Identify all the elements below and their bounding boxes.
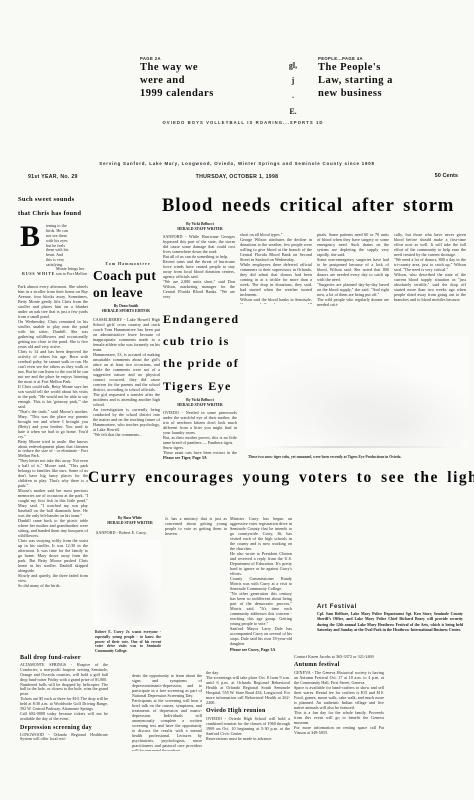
blood-story-headline: Blood needs critical after storm	[162, 196, 454, 217]
masthead-price: 50 Cents	[435, 173, 458, 179]
briefs-col-c: the day. The screenings will take place …	[206, 670, 290, 755]
brief-ball-drop-text: ALTAMONTE SPRINGS - Hospice of the Comfo…	[20, 663, 108, 722]
curry-story-col2: Jr. has a ministry that is just as conce…	[165, 516, 227, 552]
blood-story-col1: SANFORD - While Hurricane Georges bypass…	[163, 234, 235, 304]
briefs-col-a: Ball drop fund-raiser ALTAMONTE SPRINGS …	[20, 652, 108, 752]
photo-credit: RUSS WHITE	[22, 271, 55, 276]
coach-story-byline: By Dean Smith HERALD SPORTS EDITOR	[93, 304, 159, 314]
brief-reunion-header: Oviedo High reunion	[206, 708, 290, 714]
briefs-col-b: dents the opportunity to learn about the…	[132, 673, 202, 751]
chris-story-body: Park almost every afternoon. She wheels …	[18, 284, 88, 646]
brief-autumn-header: Autumn festival	[294, 662, 384, 668]
blood-story-col3: pitals. Some patients need 60 or 70 unit…	[317, 232, 389, 332]
masthead-serving-line: Serving Sanford, Lake Mary, Longwood, Ov…	[0, 161, 474, 166]
brief-depression-header: Depression screening day	[20, 725, 108, 731]
blood-story-col2: short on all blood types." George Wilson…	[240, 232, 312, 304]
curry-photo-caption: Robert E. Curry Jr. wants everyone - esp…	[95, 630, 161, 654]
teaser-right: PEOPLE...PAGE 4A The People's Law, start…	[318, 56, 428, 101]
blood-story-byline: By Vicki Bellucci HERALD STAFF WRITER	[163, 222, 237, 232]
briefs-col-d: Contact Karen Jacobs at 365-3372 or 321-…	[294, 654, 384, 754]
chris-story-leadin: Monte brings her son to Fort Mellon	[56, 267, 88, 277]
tiger-story-headline: Endangered cub trio is the pride of Tige…	[163, 308, 243, 397]
newspaper-front-page: PAGE 2A The way we were and 1999 calenda…	[0, 0, 474, 800]
brief-reunion-text: OVIEDO - Oviedo High School will hold a …	[206, 716, 290, 741]
sports-teaser-line: OVIEDO BOYS VOLLEYBALL IS ROARING...SPOR…	[138, 120, 348, 125]
scan-artifacts: gl, j . E.	[283, 58, 303, 119]
curry-story-col3: Minister Curry has begun an aggressive v…	[230, 516, 292, 646]
brief-depression-text: LONGWOOD - Orlando Regional Healthcare S…	[20, 733, 108, 743]
tiger-photo-caption: These two snow tiger cubs, yet unnamed, …	[248, 455, 468, 460]
drop-cap: B	[20, 224, 40, 268]
curry-story-lead: SANFORD - Robert E. Curry,	[96, 530, 160, 535]
coach-story-body: CASSELBERRY - Lake Howell High School gi…	[93, 317, 160, 455]
curry-photo	[93, 540, 161, 626]
teaser-left: PAGE 2A The way we were and 1999 calenda…	[140, 56, 245, 101]
tiger-story-byline: By Vicki Bellucci HERALD STAFF WRITER	[163, 398, 237, 408]
teaser-left-headline: The way we were and 1999 calendars	[140, 61, 245, 101]
art-festival-text: Cpl. Sam Belfiore, Lake Mary Police Depa…	[317, 612, 463, 634]
brief-autumn-text: GENEVA - The Geneva Historical society i…	[294, 670, 384, 735]
chris-story-lede: B tening to the birds. He can not see th…	[20, 224, 90, 268]
photo-smudge	[260, 446, 460, 448]
art-festival-header: Art Festival	[317, 604, 463, 610]
tiger-story-body: OVIEDO - Nestled in some pinewoods under…	[163, 410, 237, 454]
chris-story-header: Such sweet sounds that Chris has found	[18, 193, 100, 220]
curry-story-headline: Curry encourages young voters to see the…	[88, 466, 323, 491]
coach-story-headline: Coach put on leave	[93, 268, 165, 302]
brief-contact-line: Contact Karen Jacobs at 365-3372 or 321-…	[294, 654, 384, 659]
blood-story-col4: cally, but those who have never given bl…	[394, 232, 466, 332]
tiger-cubs-photo	[245, 336, 469, 448]
chris-story-intro: tening to the birds. He can not see them…	[46, 224, 82, 268]
brief-ball-drop-header: Ball drop fund-raiser	[20, 655, 108, 661]
tiger-story-jumpline: Please see Tiger, Page 3A	[163, 455, 237, 460]
art-festival-box: Art Festival Cpl. Sam Belfiore, Lake Mar…	[317, 604, 463, 634]
brief-depression-cont2: the day. The screenings will take place …	[206, 670, 290, 705]
masthead-date: THURSDAY, OCTOBER 1, 1998	[0, 174, 474, 180]
teaser-right-headline: The People's Law, starting a new busines…	[318, 61, 428, 101]
curry-story-byline: By Russ White HERALD STAFF WRITER	[100, 516, 160, 526]
curry-story-jumpline: Please see Curry, Page 3A	[230, 647, 292, 652]
coach-story-label: Tom Hammontree	[95, 261, 161, 266]
